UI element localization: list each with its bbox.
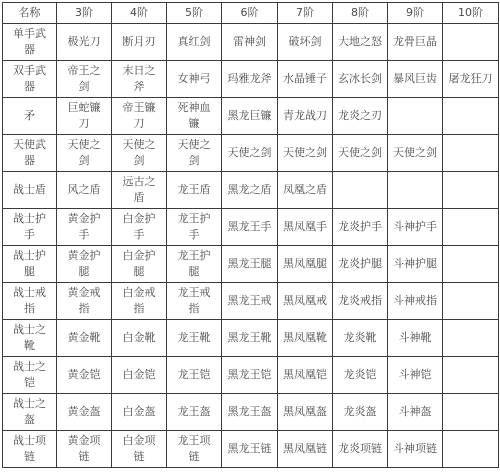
tier-cell: 帝王镰刀 bbox=[112, 98, 167, 135]
tier-cell: 白金护手 bbox=[112, 209, 167, 246]
tier-cell: 黄金项链 bbox=[57, 431, 112, 468]
tier-cell bbox=[443, 172, 499, 209]
header-tier-4: 4阶 bbox=[112, 3, 167, 24]
tier-cell bbox=[443, 320, 499, 357]
tier-cell: 水晶锤子 bbox=[278, 61, 333, 98]
tier-cell: 断月刃 bbox=[112, 24, 167, 61]
tier-cell: 天使之剑 bbox=[112, 135, 167, 172]
tier-cell: 黄金护手 bbox=[57, 209, 112, 246]
tier-cell: 天使之剑 bbox=[57, 135, 112, 172]
tier-cell: 风之盾 bbox=[57, 172, 112, 209]
tier-cell: 大地之怒 bbox=[333, 24, 388, 61]
tier-cell: 黑龙巨镰 bbox=[222, 98, 278, 135]
tier-cell: 帝王之剑 bbox=[57, 61, 112, 98]
tier-cell: 天使之剑 bbox=[333, 135, 388, 172]
header-tier-7: 7阶 bbox=[278, 3, 333, 24]
tier-cell: 龙王靴 bbox=[167, 320, 222, 357]
tier-cell: 白金护腿 bbox=[112, 246, 167, 283]
tier-cell: 雷神剑 bbox=[222, 24, 278, 61]
tier-cell: 破坏剑 bbox=[278, 24, 333, 61]
table-row: 战士盾风之盾远古之盾龙王盾黑龙之盾凤凰之盾 bbox=[3, 172, 499, 209]
tier-cell: 末日之斧 bbox=[112, 61, 167, 98]
tier-cell: 天使之剑 bbox=[222, 135, 278, 172]
row-name-cell: 战士戒指 bbox=[3, 283, 57, 320]
tier-cell: 斗神靴 bbox=[388, 320, 443, 357]
tier-cell: 白金铠 bbox=[112, 357, 167, 394]
tier-cell: 女神弓 bbox=[167, 61, 222, 98]
tier-cell bbox=[443, 246, 499, 283]
tier-cell bbox=[443, 431, 499, 468]
header-tier-9: 9阶 bbox=[388, 3, 443, 24]
tier-cell: 玄冰长剑 bbox=[333, 61, 388, 98]
header-tier-3: 3阶 bbox=[57, 3, 112, 24]
tier-cell: 斗神护手 bbox=[388, 209, 443, 246]
table-row: 战士项链黄金项链白金项链龙王项链黑龙王链黑凤凰链龙炎项链斗神项链 bbox=[3, 431, 499, 468]
row-name-cell: 战士之靴 bbox=[3, 320, 57, 357]
tier-cell: 黄金护腿 bbox=[57, 246, 112, 283]
tier-cell: 龙骨巨晶 bbox=[388, 24, 443, 61]
tier-cell: 黄金铠 bbox=[57, 357, 112, 394]
table-row: 矛巨蛇镰刀帝王镰刀死神血镰黑龙巨镰青龙战刀龙炎之刃 bbox=[3, 98, 499, 135]
tier-cell: 斗神项链 bbox=[388, 431, 443, 468]
tier-cell: 暴风巨齿 bbox=[388, 61, 443, 98]
row-name-cell: 战士之铠 bbox=[3, 357, 57, 394]
table-row: 单手武器极光刀断月刃真红剑雷神剑破坏剑大地之怒龙骨巨晶 bbox=[3, 24, 499, 61]
tier-cell bbox=[443, 209, 499, 246]
tier-cell bbox=[443, 135, 499, 172]
table-row: 战士之盔黄金盔白金盔龙王盔黑龙王盔黑凤凰盔龙炎盔斗神盔 bbox=[3, 394, 499, 431]
row-name-cell: 双手武器 bbox=[3, 61, 57, 98]
tier-cell: 黑凤凰手 bbox=[278, 209, 333, 246]
tier-cell: 龙炎项链 bbox=[333, 431, 388, 468]
row-name-cell: 矛 bbox=[3, 98, 57, 135]
table-row: 战士护手黄金护手白金护手龙王护手黑龙王手黑凤凰手龙炎护手斗神护手 bbox=[3, 209, 499, 246]
tier-cell: 黑凤凰铠 bbox=[278, 357, 333, 394]
tier-cell: 巨蛇镰刀 bbox=[57, 98, 112, 135]
tier-cell: 天使之剑 bbox=[167, 135, 222, 172]
tier-cell: 斗神铠 bbox=[388, 357, 443, 394]
tier-cell: 黑龙王腿 bbox=[222, 246, 278, 283]
tier-cell: 黑凤凰戒 bbox=[278, 283, 333, 320]
tier-cell: 黑凤凰盔 bbox=[278, 394, 333, 431]
tier-cell: 白金项链 bbox=[112, 431, 167, 468]
tier-cell: 天使之剑 bbox=[278, 135, 333, 172]
header-row: 名称 3阶 4阶 5阶 6阶 7阶 8阶 9阶 10阶 bbox=[3, 3, 499, 24]
tier-cell: 黄金盔 bbox=[57, 394, 112, 431]
tier-cell: 黄金靴 bbox=[57, 320, 112, 357]
tier-cell: 龙王戒指 bbox=[167, 283, 222, 320]
tier-cell: 黑凤凰靴 bbox=[278, 320, 333, 357]
tier-cell: 黑龙王手 bbox=[222, 209, 278, 246]
table-body: 单手武器极光刀断月刃真红剑雷神剑破坏剑大地之怒龙骨巨晶双手武器帝王之剑末日之斧女… bbox=[3, 24, 499, 468]
tier-cell: 白金靴 bbox=[112, 320, 167, 357]
tier-cell: 斗神护腿 bbox=[388, 246, 443, 283]
header-name: 名称 bbox=[3, 3, 57, 24]
tier-cell: 死神血镰 bbox=[167, 98, 222, 135]
tier-cell: 斗神戒指 bbox=[388, 283, 443, 320]
tier-cell: 白金戒指 bbox=[112, 283, 167, 320]
table-row: 战士戒指黄金戒指白金戒指龙王戒指黑龙王戒黑凤凰戒龙炎戒指斗神戒指 bbox=[3, 283, 499, 320]
tier-cell: 龙王铠 bbox=[167, 357, 222, 394]
tier-cell: 屠龙狂刀 bbox=[443, 61, 499, 98]
tier-cell: 龙王盾 bbox=[167, 172, 222, 209]
tier-cell: 白金盔 bbox=[112, 394, 167, 431]
tier-cell: 龙炎盔 bbox=[333, 394, 388, 431]
tier-cell: 黑龙王戒 bbox=[222, 283, 278, 320]
tier-cell: 凤凰之盾 bbox=[278, 172, 333, 209]
tier-cell bbox=[388, 98, 443, 135]
tier-cell bbox=[388, 172, 443, 209]
header-tier-8: 8阶 bbox=[333, 3, 388, 24]
tier-cell: 黑龙之盾 bbox=[222, 172, 278, 209]
table-row: 战士之铠黄金铠白金铠龙王铠黑龙王铠黑凤凰铠龙炎铠斗神铠 bbox=[3, 357, 499, 394]
tier-cell: 黑龙王靴 bbox=[222, 320, 278, 357]
tier-cell: 龙王护手 bbox=[167, 209, 222, 246]
table-row: 天使武器天使之剑天使之剑天使之剑天使之剑天使之剑天使之剑天使之剑 bbox=[3, 135, 499, 172]
row-name-cell: 战士项链 bbox=[3, 431, 57, 468]
tier-cell: 龙王盔 bbox=[167, 394, 222, 431]
tier-cell: 天使之剑 bbox=[388, 135, 443, 172]
tier-cell: 龙炎戒指 bbox=[333, 283, 388, 320]
tier-cell: 龙王护腿 bbox=[167, 246, 222, 283]
tier-cell bbox=[443, 394, 499, 431]
tier-cell bbox=[443, 24, 499, 61]
tier-cell: 龙炎护手 bbox=[333, 209, 388, 246]
tier-cell: 黑龙王盔 bbox=[222, 394, 278, 431]
tier-cell bbox=[333, 172, 388, 209]
tier-cell: 斗神盔 bbox=[388, 394, 443, 431]
row-name-cell: 战士之盔 bbox=[3, 394, 57, 431]
tier-cell bbox=[443, 98, 499, 135]
tier-cell: 黄金戒指 bbox=[57, 283, 112, 320]
tier-cell: 龙炎之刃 bbox=[333, 98, 388, 135]
table-row: 战士护腿黄金护腿白金护腿龙王护腿黑龙王腿黑凤凰腿龙炎护腿斗神护腿 bbox=[3, 246, 499, 283]
tier-cell: 龙王项链 bbox=[167, 431, 222, 468]
tier-cell bbox=[443, 283, 499, 320]
tier-cell: 黑龙王铠 bbox=[222, 357, 278, 394]
tier-cell: 玛雅龙斧 bbox=[222, 61, 278, 98]
tier-cell: 龙炎铠 bbox=[333, 357, 388, 394]
equipment-tier-table: 名称 3阶 4阶 5阶 6阶 7阶 8阶 9阶 10阶 单手武器极光刀断月刃真红… bbox=[2, 2, 499, 468]
row-name-cell: 天使武器 bbox=[3, 135, 57, 172]
tier-cell: 龙炎护腿 bbox=[333, 246, 388, 283]
table-row: 双手武器帝王之剑末日之斧女神弓玛雅龙斧水晶锤子玄冰长剑暴风巨齿屠龙狂刀 bbox=[3, 61, 499, 98]
tier-cell: 极光刀 bbox=[57, 24, 112, 61]
tier-cell: 龙炎靴 bbox=[333, 320, 388, 357]
row-name-cell: 单手武器 bbox=[3, 24, 57, 61]
row-name-cell: 战士盾 bbox=[3, 172, 57, 209]
header-tier-5: 5阶 bbox=[167, 3, 222, 24]
row-name-cell: 战士护手 bbox=[3, 209, 57, 246]
row-name-cell: 战士护腿 bbox=[3, 246, 57, 283]
tier-cell: 黑凤凰腿 bbox=[278, 246, 333, 283]
header-tier-10: 10阶 bbox=[443, 3, 499, 24]
tier-cell: 远古之盾 bbox=[112, 172, 167, 209]
tier-cell: 青龙战刀 bbox=[278, 98, 333, 135]
tier-cell: 黑凤凰链 bbox=[278, 431, 333, 468]
tier-cell: 黑龙王链 bbox=[222, 431, 278, 468]
header-tier-6: 6阶 bbox=[222, 3, 278, 24]
tier-cell bbox=[443, 357, 499, 394]
table-row: 战士之靴黄金靴白金靴龙王靴黑龙王靴黑凤凰靴龙炎靴斗神靴 bbox=[3, 320, 499, 357]
tier-cell: 真红剑 bbox=[167, 24, 222, 61]
